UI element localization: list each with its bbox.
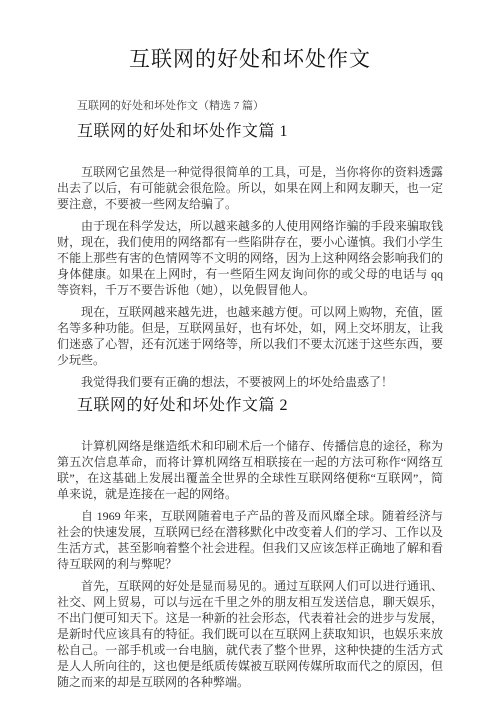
essay-section-2: 互联网的好处和坏处作文篇 2 计算机网络是继造纸术和印刷术后一个储存、传播信息的… [57, 396, 443, 690]
paragraph: 现在，互联网越来越先进，也越来越方便。可以网上购物，充值，匿名等多种功能。但是，… [57, 304, 443, 368]
essay-2-heading: 互联网的好处和坏处作文篇 2 [77, 396, 443, 416]
essay-section-1: 互联网的好处和坏处作文篇 1 互联网它虽然是一种觉得很简单的工具，可是，当你将你… [57, 122, 443, 390]
paragraph: 计算机网络是继造纸术和印刷术后一个储存、传播信息的途径，称为第五次信息革命，而将… [57, 438, 443, 502]
paragraph: 互联网它虽然是一种觉得很简单的工具，可是，当你将你的资料透露出去了以后，有可能就… [57, 164, 443, 212]
document-page: 互联网的好处和坏处作文 互联网的好处和坏处作文（精选 7 篇） 互联网的好处和坏… [0, 0, 500, 707]
paragraph: 自 1969 年来，互联网随着电子产品的普及而风靡全球。随着经济与社会的快速发展… [57, 508, 443, 572]
paragraph: 由于现在科学发达，所以越来越多的人使用网络诈骗的手段来骗取钱财，现在，我们使用的… [57, 218, 443, 298]
page-title: 互联网的好处和坏处作文 [57, 46, 443, 73]
collection-subtitle: 互联网的好处和坏处作文（精选 7 篇） [77, 99, 443, 113]
paragraph: 我觉得我们要有正确的想法，不要被网上的坏处给蛊惑了！ [57, 374, 443, 390]
paragraph: 首先，互联网的好处是显而易见的。通过互联网人们可以进行通讯、社交、网上贸易，可以… [57, 578, 443, 690]
essay-1-heading: 互联网的好处和坏处作文篇 1 [77, 122, 443, 142]
